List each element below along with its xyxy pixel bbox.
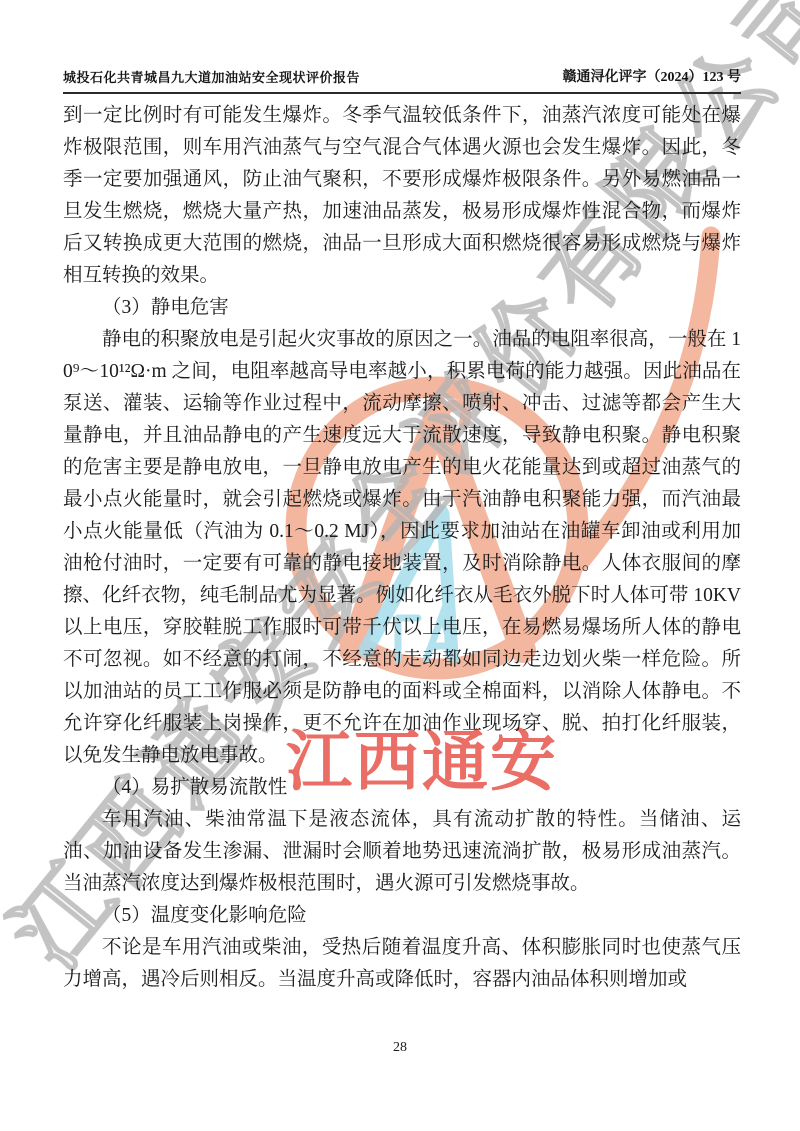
page-number: 28 bbox=[0, 1040, 800, 1056]
paragraph-temperature: 不论是车用汽油或柴油，受热后随着温度升高、体积膨胀同时也使蒸气压力增高，遇冷后则… bbox=[63, 932, 741, 996]
section-heading-3: （3）静电危害 bbox=[63, 292, 741, 324]
paragraph-diffusion: 车用汽油、柴油常温下是液态流体，具有流动扩散的特性。当储油、运油、加油设备发生渗… bbox=[63, 804, 741, 900]
section-heading-4: （4）易扩散易流散性 bbox=[63, 772, 741, 804]
section-heading-5: （5）温度变化影响危险 bbox=[63, 900, 741, 932]
page-header: 城投石化共青城昌九大道加油站安全现状评价报告 赣通浔化评字（2024）123 号 bbox=[63, 66, 741, 86]
header-document-number: 赣通浔化评字（2024）123 号 bbox=[563, 66, 742, 86]
paragraph-continuation: 到一定比例时有可能发生爆炸。冬季气温较低条件下，油蒸汽浓度可能处在爆炸极限范围，… bbox=[63, 100, 741, 292]
header-divider bbox=[63, 92, 741, 94]
header-report-title: 城投石化共青城昌九大道加油站安全现状评价报告 bbox=[63, 67, 360, 86]
document-body: 到一定比例时有可能发生爆炸。冬季气温较低条件下，油蒸汽浓度可能处在爆炸极限范围，… bbox=[63, 100, 741, 996]
document-page: 江西通安安全评价有限公司 江西通安 城投石化共青城昌九大道加油站安全现状评价报告… bbox=[0, 0, 800, 1131]
paragraph-static-electricity: 静电的积聚放电是引起火灾事故的原因之一。油品的电阻率很高，一般在 10⁹～10¹… bbox=[63, 324, 741, 772]
